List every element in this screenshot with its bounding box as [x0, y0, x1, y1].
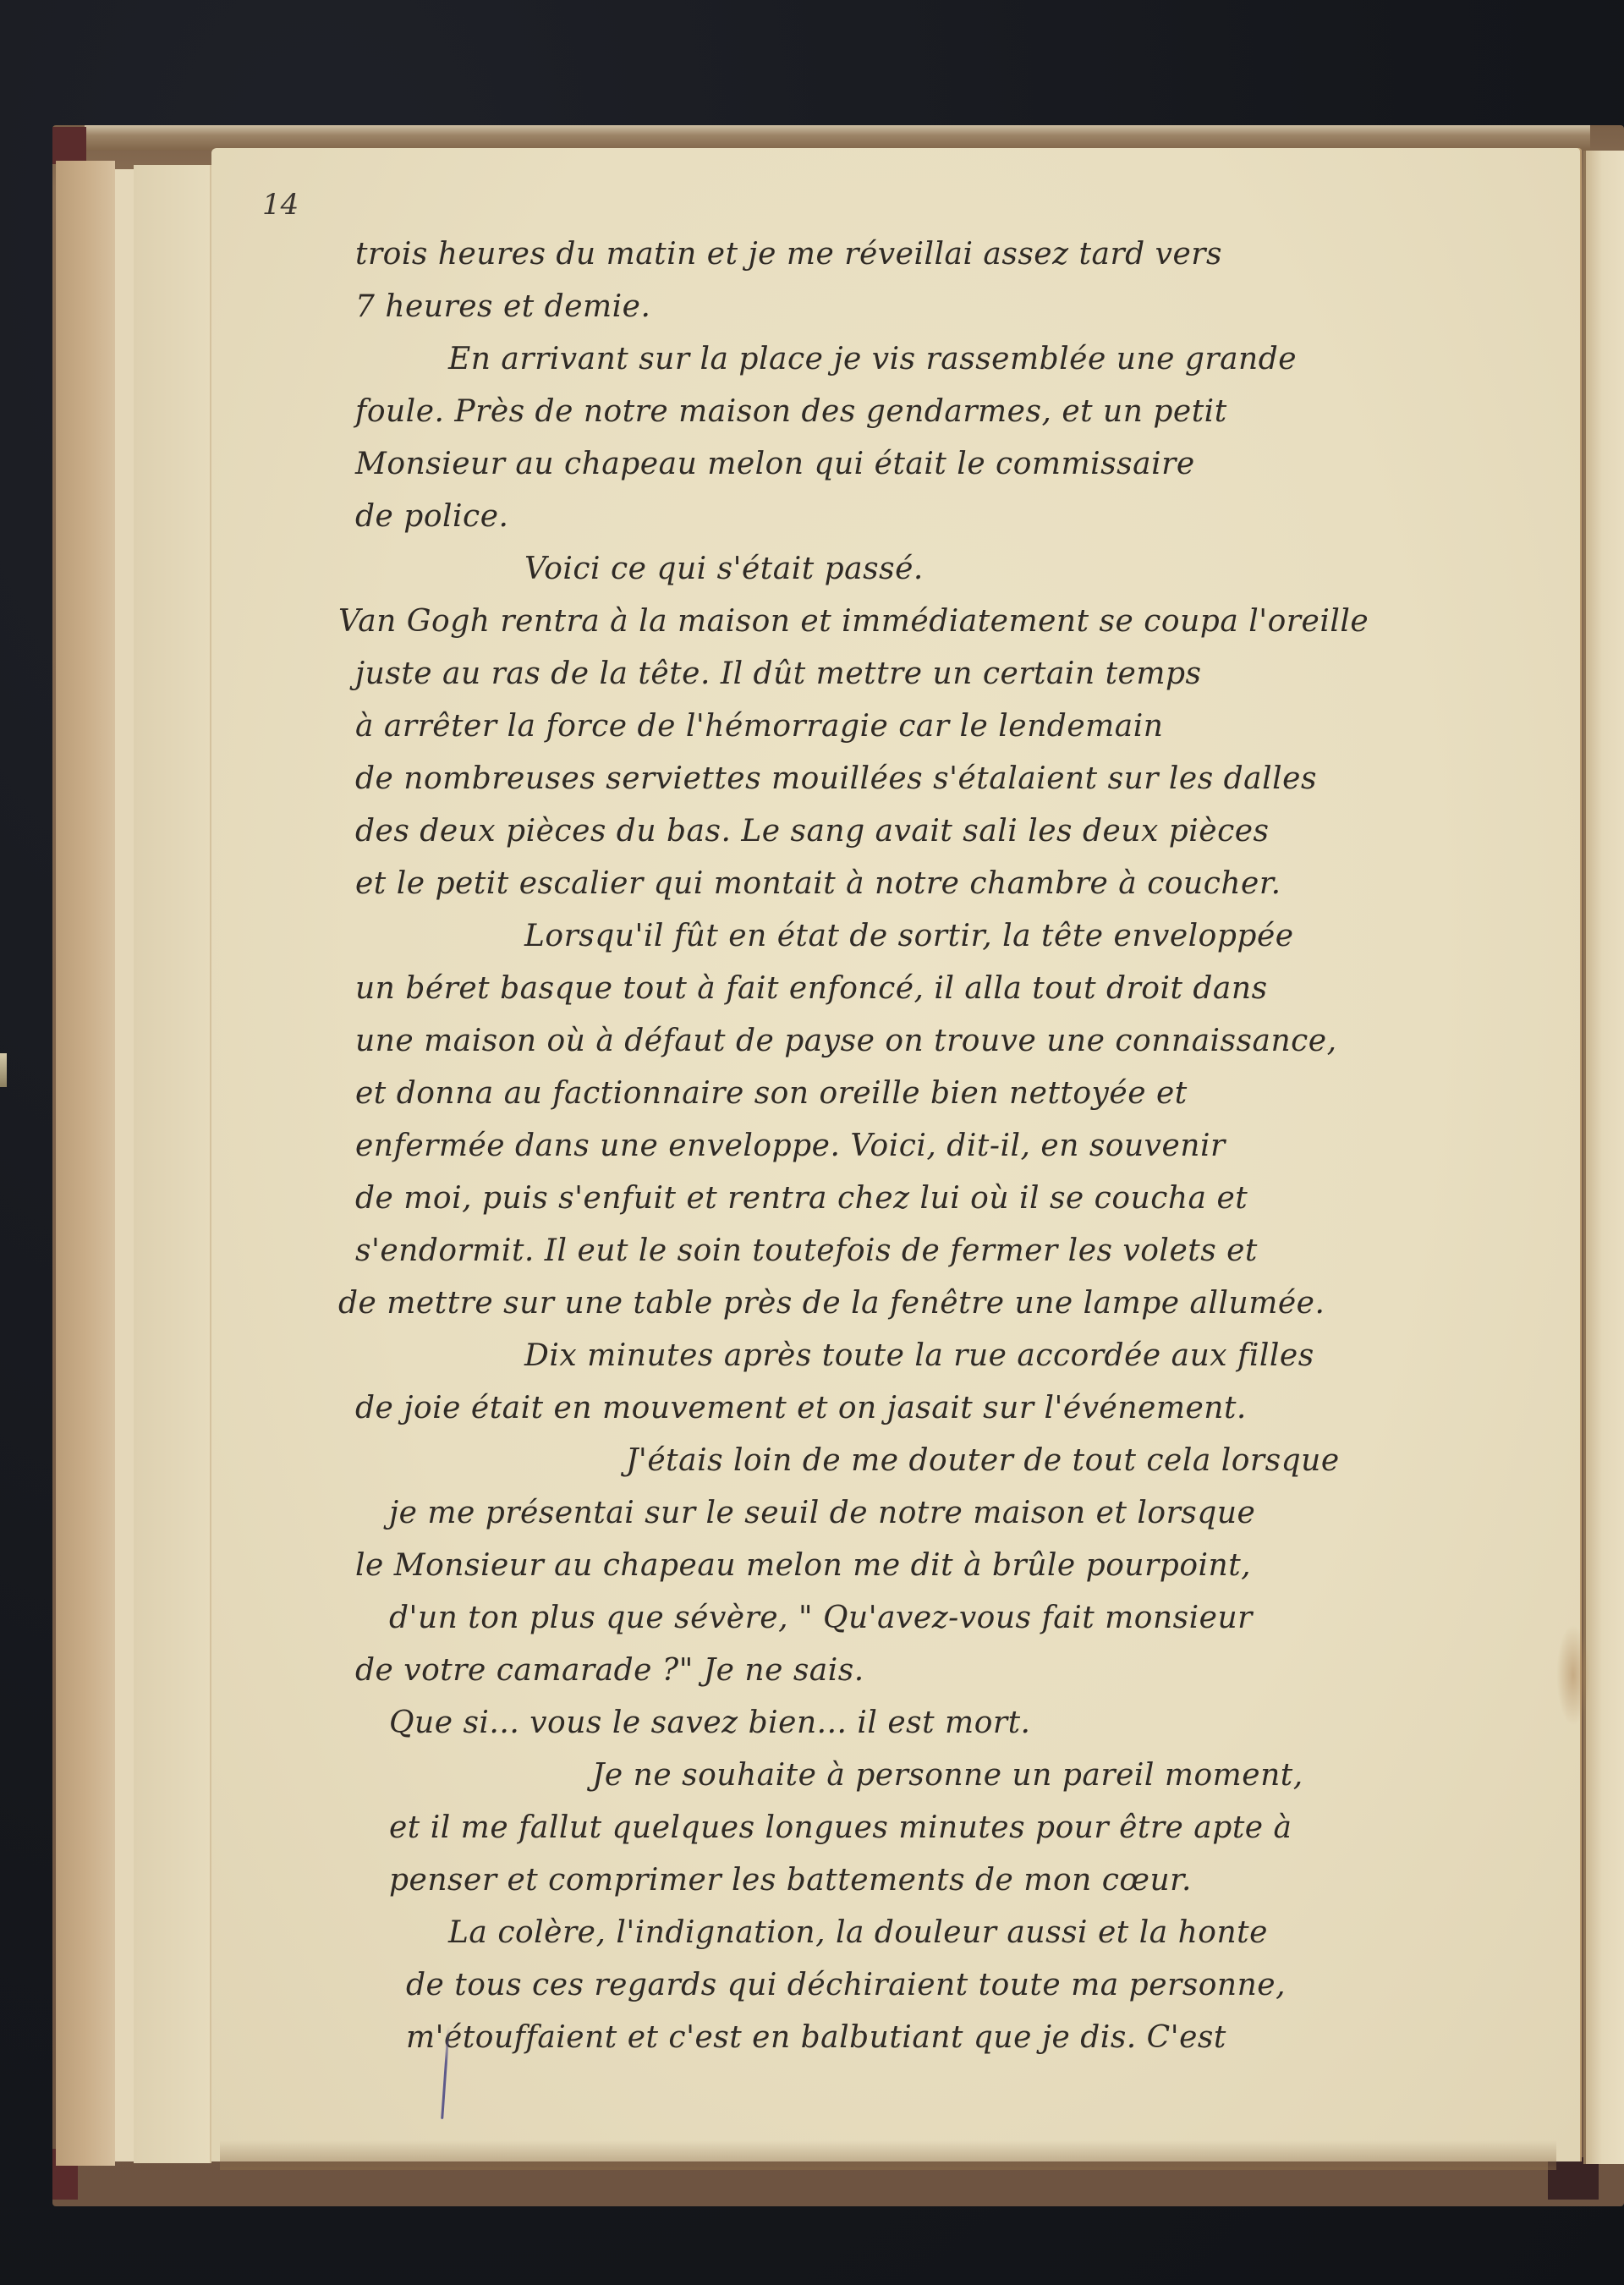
text-line: je me présentai sur le seuil de notre ma…	[355, 1487, 1556, 1540]
page-stack-edge	[56, 161, 115, 2166]
text-line: un béret basque tout à fait enfoncé, il …	[355, 963, 1556, 1015]
text-line: d'un ton plus que sévère, " Qu'avez-vous…	[355, 1592, 1556, 1645]
text-line: juste au ras de la tête. Il dût mettre u…	[355, 648, 1556, 700]
text-line: Dix minutes après toute la rue accordée …	[355, 1330, 1556, 1382]
text-line: de joie était en mouvement et on jasait …	[355, 1382, 1556, 1435]
text-line: Je ne souhaite à personne un pareil mome…	[355, 1749, 1556, 1802]
text-line: s'endormit. Il eut le soin toutefois de …	[355, 1225, 1556, 1277]
page-stack-edge	[134, 165, 211, 2163]
text-line: Voici ce qui s'était passé.	[355, 543, 1556, 596]
text-line: et il me fallut quelques longues minutes…	[355, 1802, 1556, 1854]
text-line: Lorsqu'il fût en état de sortir, la tête…	[355, 910, 1556, 963]
page-stack-edge	[115, 169, 134, 2161]
text-line: La colère, l'indignation, la douleur aus…	[355, 1907, 1556, 1959]
handwritten-text: trois heures du matin et je me réveillai…	[355, 228, 1556, 2064]
text-line: Van Gogh rentra à la maison et immédiate…	[338, 596, 1556, 648]
page-bottom-stain	[220, 2140, 1556, 2170]
text-line: J'étais loin de me douter de tout cela l…	[355, 1435, 1556, 1487]
text-line: de police.	[355, 491, 1556, 543]
scanned-manuscript-scene: 14 trois heures du matin et je me réveil…	[0, 0, 1624, 2285]
text-line: de tous ces regards qui déchiraient tout…	[355, 1959, 1556, 2012]
text-line: de mettre sur une table près de la fenêt…	[338, 1277, 1556, 1330]
text-line: le Monsieur au chapeau melon me dit à br…	[355, 1540, 1556, 1592]
text-line: enfermée dans une enveloppe. Voici, dit-…	[355, 1120, 1556, 1173]
margin-marker	[0, 1053, 7, 1087]
text-line: trois heures du matin et je me réveillai…	[355, 228, 1556, 281]
text-line: 7 heures et demie.	[355, 281, 1556, 333]
text-line: à arrêter la force de l'hémorragie car l…	[355, 700, 1556, 753]
paper-stain	[1556, 1624, 1590, 1726]
text-line: et donna au factionnaire son oreille bie…	[355, 1068, 1556, 1120]
text-line: m'étouffaient et c'est en balbutiant que…	[355, 2012, 1556, 2064]
page-number: 14	[262, 188, 299, 222]
text-line: Monsieur au chapeau melon qui était le c…	[355, 438, 1556, 491]
text-line: foule. Près de notre maison des gendarme…	[355, 386, 1556, 438]
cover-corner-top-left	[52, 127, 86, 164]
text-line: de nombreuses serviettes mouillées s'éta…	[355, 753, 1556, 805]
text-line: des deux pièces du bas. Le sang avait sa…	[355, 805, 1556, 858]
text-line: Que si... vous le savez bien... il est m…	[355, 1697, 1556, 1749]
text-line: de moi, puis s'enfuit et rentra chez lui…	[355, 1173, 1556, 1225]
text-line: et le petit escalier qui montait à notre…	[355, 858, 1556, 910]
text-line: En arrivant sur la place je vis rassembl…	[355, 333, 1556, 386]
text-line: penser et comprimer les battements de mo…	[355, 1854, 1556, 1907]
cover-top-edge	[85, 125, 1590, 151]
text-line: une maison où à défaut de payse on trouv…	[355, 1015, 1556, 1068]
facing-page-edge	[1583, 151, 1624, 2164]
text-line: de votre camarade ?" Je ne sais.	[355, 1645, 1556, 1697]
